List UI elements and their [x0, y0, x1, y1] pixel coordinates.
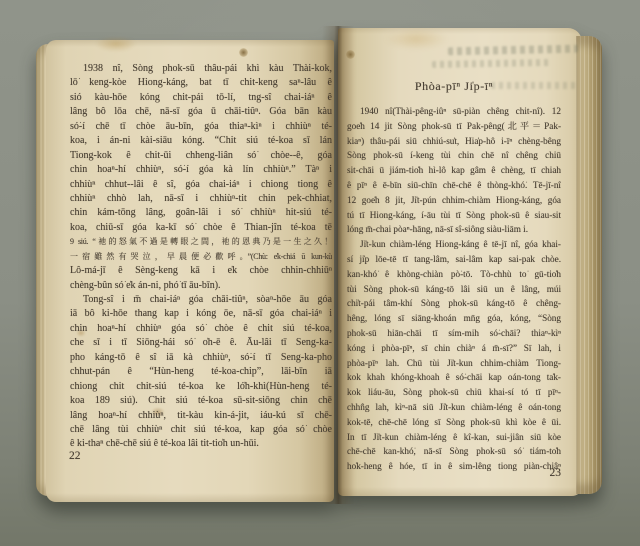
text-line: chiong chit chit-siú té-koa ke ló̍h-khì(…	[70, 380, 332, 394]
text-line: koa, chiū-sī góa ka-kī só͘ chòe ê Thian-…	[70, 221, 332, 235]
text-line: lóng m̄-chai pòaⁿ-hāng, nā-sī sî-siông s…	[347, 222, 561, 237]
text-line: só͘-í chē tī chòe āu-bīn, góa thiaⁿ-kìⁿ …	[70, 120, 332, 134]
text-line: Tong-sî i m̄ chai-iáⁿ góa chāi-tiûⁿ, sòa…	[70, 293, 332, 307]
text-line: Ji̍t-kun chiàm-léng Hiong-káng ê tē-jī n…	[347, 237, 561, 252]
text-line: iā bô ki-hōe thang kap i kóng ōe, nā-sī …	[70, 307, 332, 321]
text-line: Tiong-kok ê chit-ūi chheng-liân só͘ chòe…	[70, 149, 332, 163]
text-line: chhiùⁿ chhut--lâi ê sî, góa chai-iáⁿ i c…	[70, 178, 332, 192]
text-line: pho káng-tō ê sî iā kà chhiùⁿ, só͘-í tī …	[70, 351, 332, 365]
text-line: lō͘ keng-kòe Hiong-káng, bat tī chit-ken…	[70, 76, 332, 90]
text-line: Sòng phok-sū í-keng tùi chin chē nî chên…	[347, 148, 561, 163]
text-line: hêng, lóng sī siāng-khoán mn̄g góa, kóng…	[347, 311, 561, 326]
text-line: chèng-bûn só͘ e̍k án-ni, phó͘ tī āu-bīn)…	[70, 279, 332, 293]
text-line: chhn̂g lah, kìⁿ-nā siū Ji̍t-kun chiàm-lé…	[347, 400, 561, 415]
text-line: tú tī Hiong-káng, í-āu tùi tī Sòng phok-…	[347, 208, 561, 223]
text-line: kok khah khóng-khoah ê só͘-chāi kap oán-…	[347, 370, 561, 385]
text-line: sió kàu-hōe kóng chit-pái tō-lí, tng-sî …	[70, 91, 332, 105]
text-line: sit-chāi ū jiám-tio̍h hì-lô kap gâm ê ch…	[347, 163, 561, 178]
chapter-title: Phòa-pīⁿ Ji̍p-īⁿ	[347, 79, 561, 94]
photo-background: 1938 nî, Sòng phok-sū thâu-pái khì kàu T…	[0, 0, 640, 546]
left-page-text: 1938 nî, Sòng phok-sū thâu-pái khì kàu T…	[70, 62, 332, 452]
text-line: kok-tē, chē-chē lóng sī Sòng phok-sū khì…	[347, 415, 561, 430]
text-line: koa 189 siú). Chit siú té-koa sū-sit-siō…	[70, 394, 332, 408]
text-line: sí ji̍p lōe-tē tī tang-lâm, sai-lâm kap …	[347, 252, 561, 267]
text-line: 一宿雖然有哭泣，早晨便必歡呼。”(Chù: e̍k-chiá ū kun-kù	[70, 250, 332, 264]
text-line: tùi Sòng phok-sū káng-tō lâi siū un ê lâ…	[347, 282, 561, 297]
text-line: chē-chē kan-khó͘, nā-sī Sòng phok-sū só͘…	[347, 444, 561, 459]
text-line: chhut-pán ê “Hùn-heng té-koa-chip”, lāi-…	[70, 365, 332, 379]
text-line: phok-sū hiān-chāi tī sím-mih só͘-chāi? t…	[347, 326, 561, 341]
left-page-number: 22	[69, 450, 81, 462]
text-line: chin hoaⁿ-hí chhiùⁿ, só͘-í góa kà lín ch…	[70, 163, 332, 177]
text-line: phòa-pīⁿ lah. Chū tùi Ji̍t-kun chhim-chi…	[347, 356, 561, 371]
text-line: In tī Ji̍t-kun chiàm-léng ê kî-kan, sui-…	[347, 430, 561, 445]
right-page-text: 1940 nî(Thài-pêng-iûⁿ sū-piàn chêng chit…	[347, 104, 561, 474]
text-line: lâng bô lōa chē, nā-sī góa ū chāi-tiûⁿ. …	[70, 105, 332, 119]
text-line: koa, i án-ni kài-siāu kóng. “Chit siú té…	[70, 134, 332, 148]
text-line: 9 siú. “祂的怒氣不過是轉眼之間，祂的恩典乃是一生之久！	[70, 235, 332, 249]
text-line: chi̍t-pái tâm-khí Sòng phok-sū káng-tō ê…	[347, 296, 561, 311]
text-line: kok liáu-āu, Sòng phok-sū chiū khai-sí t…	[347, 385, 561, 400]
open-book: 1938 nî, Sòng phok-sū thâu-pái khì kàu T…	[36, 26, 602, 508]
text-line: ê ki-thaⁿ chē-chē siú ê té-koa lâi tit-t…	[70, 437, 332, 451]
page-stack-right-edge	[576, 36, 602, 494]
text-line: kóng i phòa-pīⁿ, sī chin chiàⁿ á m̄-sī?”…	[347, 341, 561, 356]
text-line: Lô-má-jī ê Sèng-keng kā i e̍k chòe chhin…	[70, 264, 332, 278]
text-line: 1938 nî, Sòng phok-sū thâu-pái khì kàu T…	[70, 62, 332, 76]
right-page-number: 23	[347, 467, 561, 479]
text-line: chin kám-tōng lâng, goân-lâi i só͘ chhiù…	[70, 206, 332, 220]
text-line: goe̍h 14 jit Sòng phok-sū tī Pak-pêng(北平…	[347, 119, 561, 134]
text-line: kiaⁿ) thâu-pái siū chhiú-su̍t, Hia̍p-hô …	[347, 134, 561, 149]
text-line: chē lâng tùi chhiùⁿ chit siú té-koa, kap…	[70, 423, 332, 437]
text-line: 1940 nî(Thài-pêng-iûⁿ sū-piàn chêng chit…	[347, 104, 561, 119]
text-line: chhiùⁿ chhò lah, nā-sī i chhiùⁿ-tit chin…	[70, 192, 332, 206]
text-line: kan-khó͘ ê khòng-chiàn pò͘-tō. Tò-chhù t…	[347, 267, 561, 282]
text-line: ê pīⁿ ê ē-bīn siū-chīn chē-chē ê thòng-k…	[347, 178, 561, 193]
text-line: lâng hoaⁿ-hí chhiùⁿ, tit-kàu kin-á-jit, …	[70, 409, 332, 423]
text-line: che sī i tī Siōng-hái só͘ o̍h-ē ê. Āu-lâ…	[70, 336, 332, 350]
text-line: chin hoaⁿ-hí chhiùⁿ góa só͘ chòe ê chit …	[70, 322, 332, 336]
text-line: 12 goe̍h 8 jit, Ji̍t-pún chhim-chiàm Hio…	[347, 193, 561, 208]
